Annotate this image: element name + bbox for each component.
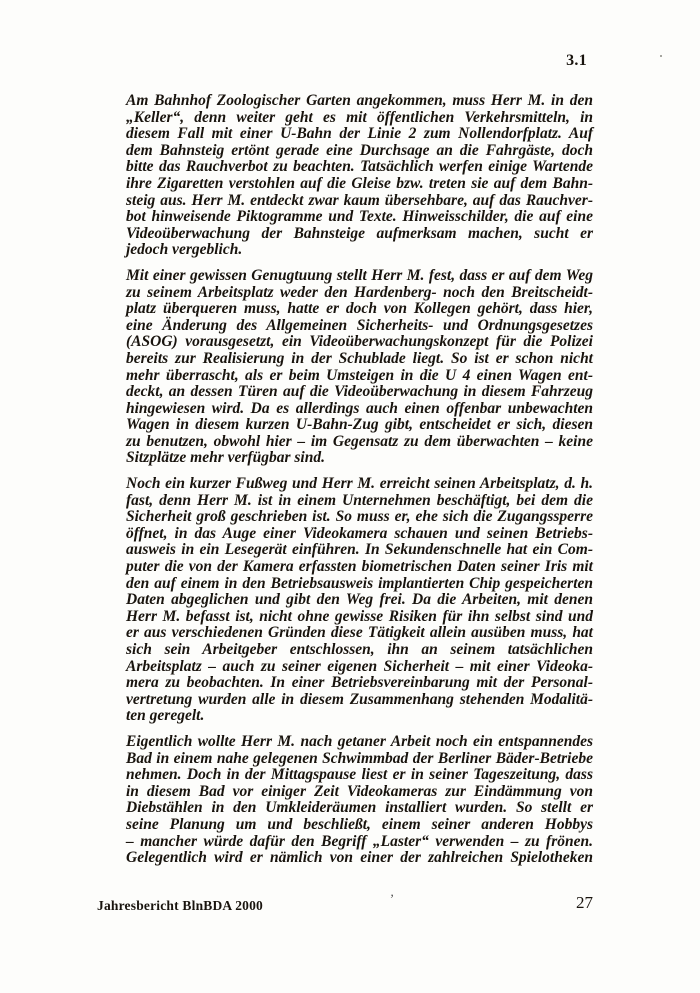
text-line: zu benutzen, obwohl hier – im Gegensatz … (126, 434, 593, 451)
paragraph: Am Bahnhof Zoologischer Garten angekomme… (126, 93, 593, 259)
paragraph: Noch ein kurzer Fußweg und Herr M. errei… (126, 476, 593, 725)
text-line: er aus verschiedenen Gründen diese Tätig… (126, 625, 593, 642)
text-line: mehr überrascht, als er beim Umsteigen i… (126, 368, 593, 385)
paragraph: Mit einer gewissen Genugtuung stellt Her… (126, 268, 593, 467)
text-line: ausweis in ein Lesegerät einführen. In S… (126, 542, 593, 559)
text-line: jedoch vergeblich. (126, 242, 593, 259)
text-line: Gelegentlich wird er nämlich von einer d… (126, 850, 593, 867)
section-number: 3.1 (566, 52, 587, 70)
text-line: fast, denn Herr M. ist in einem Unterneh… (126, 493, 593, 510)
text-line: vertretung wurden alle in diesem Zusamme… (126, 692, 593, 709)
text-line: öffnet, in das Auge einer Videokamera sc… (126, 526, 593, 543)
text-line: Bad in einem nahe gelegenen Schwimmbad d… (126, 751, 593, 768)
text-line: ihre Zigaretten verstohlen auf die Gleis… (126, 176, 593, 193)
text-line: – mancher würde dafür den Begriff „Laste… (126, 834, 593, 851)
text-line: den auf einem in den Betriebsausweis imp… (126, 576, 593, 593)
text-line: „Keller“, denn weiter geht es mit öffent… (126, 110, 593, 127)
text-line: seine Planung um und beschließt, einem s… (126, 817, 593, 834)
text-line: dem Bahnsteig ertönt gerade eine Durchsa… (126, 143, 593, 160)
text-line: zu seinem Arbeitsplatz weder den Hardenb… (126, 285, 593, 302)
text-line: Sicherheit groß geschrieben ist. So muss… (126, 509, 593, 526)
text-line: (ASOG) vorausgesetzt, ein Videoüberwachu… (126, 334, 593, 351)
scan-artifact-mark: ’ (389, 891, 393, 907)
text-line: Sitzplätze mehr verfügbar sind. (126, 450, 593, 467)
text-line: hingewiesen wird. Da es allerdings auch … (126, 401, 593, 418)
text-line: mera zu beobachten. In einer Betriebsver… (126, 675, 593, 692)
text-line: sich sein Arbeitgeber entschlossen, ihn … (126, 642, 593, 659)
text-line: Daten abgeglichen und gibt den Weg frei.… (126, 592, 593, 609)
text-line: puter die von der Kamera erfassten biome… (126, 559, 593, 576)
text-line: Wagen in diesem kurzen U-Bahn-Zug gibt, … (126, 417, 593, 434)
text-line: Am Bahnhof Zoologischer Garten angekomme… (126, 93, 593, 110)
text-line: steig aus. Herr M. entdeckt zwar kaum üb… (126, 193, 593, 210)
text-line: in diesem Bad vor einiger Zeit Videokame… (126, 784, 593, 801)
body-text: Am Bahnhof Zoologischer Garten angekomme… (126, 93, 593, 876)
text-line: bot hinweisende Piktogramme und Texte. H… (126, 209, 593, 226)
text-line: Arbeitsplatz – auch zu seiner eigenen Si… (126, 659, 593, 676)
text-line: bitte das Rauchverbot zu beachten. Tatsä… (126, 159, 593, 176)
footer-report-title: Jahresbericht BlnBDA 2000 (97, 898, 263, 914)
text-line: deckt, an dessen Türen auf die Videoüber… (126, 384, 593, 401)
text-line: ten geregelt. (126, 708, 593, 725)
page: 3.1 Am Bahnhof Zoologischer Garten angek… (0, 0, 700, 993)
text-line: Eigentlich wollte Herr M. nach getaner A… (126, 734, 593, 751)
paragraph: Eigentlich wollte Herr M. nach getaner A… (126, 734, 593, 867)
scan-artifact-dot (660, 55, 662, 57)
text-line: Herr M. befasst ist, nicht ohne gewisse … (126, 609, 593, 626)
text-line: diesem Fall mit einer U-Bahn der Linie 2… (126, 126, 593, 143)
text-line: platz überqueren muss, hatte er doch von… (126, 301, 593, 318)
text-line: Diebstählen in den Umkleideräumen instal… (126, 800, 593, 817)
text-line: eine Änderung des Allgemeinen Sicherheit… (126, 318, 593, 335)
text-line: Mit einer gewissen Genugtuung stellt Her… (126, 268, 593, 285)
text-line: bereits zur Realisierung in der Schublad… (126, 351, 593, 368)
page-number: 27 (576, 893, 593, 913)
text-line: nehmen. Doch in der Mittagspause liest e… (126, 767, 593, 784)
text-line: Videoüberwachung der Bahnsteige aufmerks… (126, 226, 593, 243)
text-line: Noch ein kurzer Fußweg und Herr M. errei… (126, 476, 593, 493)
